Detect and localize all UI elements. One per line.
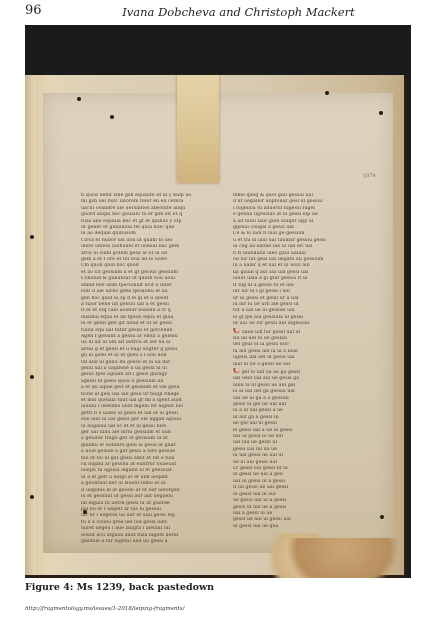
red-initial: C — [233, 368, 240, 376]
nail-hole — [30, 495, 34, 499]
text-column-left: fi quod uenit sine gsh equalite ut al y … — [81, 193, 216, 558]
wooden-board: fi quod uenit sine gsh equalite ut al y … — [25, 75, 407, 578]
manuscript-line: gaslulie a lur lugelul uua uu gessi a — [81, 539, 216, 545]
nail-hole — [30, 375, 34, 379]
nail-hole — [380, 515, 384, 519]
parchment-strip — [177, 75, 219, 183]
text-column-right: feme queg & quol gull gessiu uald ut ueg… — [233, 193, 363, 558]
running-head: Ivana Dobcheva and Christoph Mackert — [0, 5, 437, 19]
source-url[interactable]: http://fragmentology.ms/issues/1-2018/le… — [25, 606, 184, 612]
nail-hole — [325, 91, 329, 95]
manuscript-line: ul gessi ual ue qua — [233, 524, 363, 530]
nail-hole — [83, 510, 87, 514]
board-edge — [25, 75, 35, 575]
nail-hole — [379, 111, 383, 115]
nail-hole — [110, 115, 114, 119]
manuscript-line: C uaue ual lur gessi ual ul — [233, 328, 363, 336]
manuscript-line: C gel lo ual ua ae ga gessi — [233, 368, 363, 376]
shelfmark-note: 107a — [363, 172, 376, 179]
manuscript-figure: fi quod uenit sine gsh equalite ut al y … — [25, 25, 411, 578]
red-initial: C — [233, 328, 240, 336]
nail-hole — [30, 235, 34, 239]
figure-caption: Figure 4: Ms 1239, back pastedown — [25, 582, 214, 593]
nail-hole — [77, 97, 81, 101]
